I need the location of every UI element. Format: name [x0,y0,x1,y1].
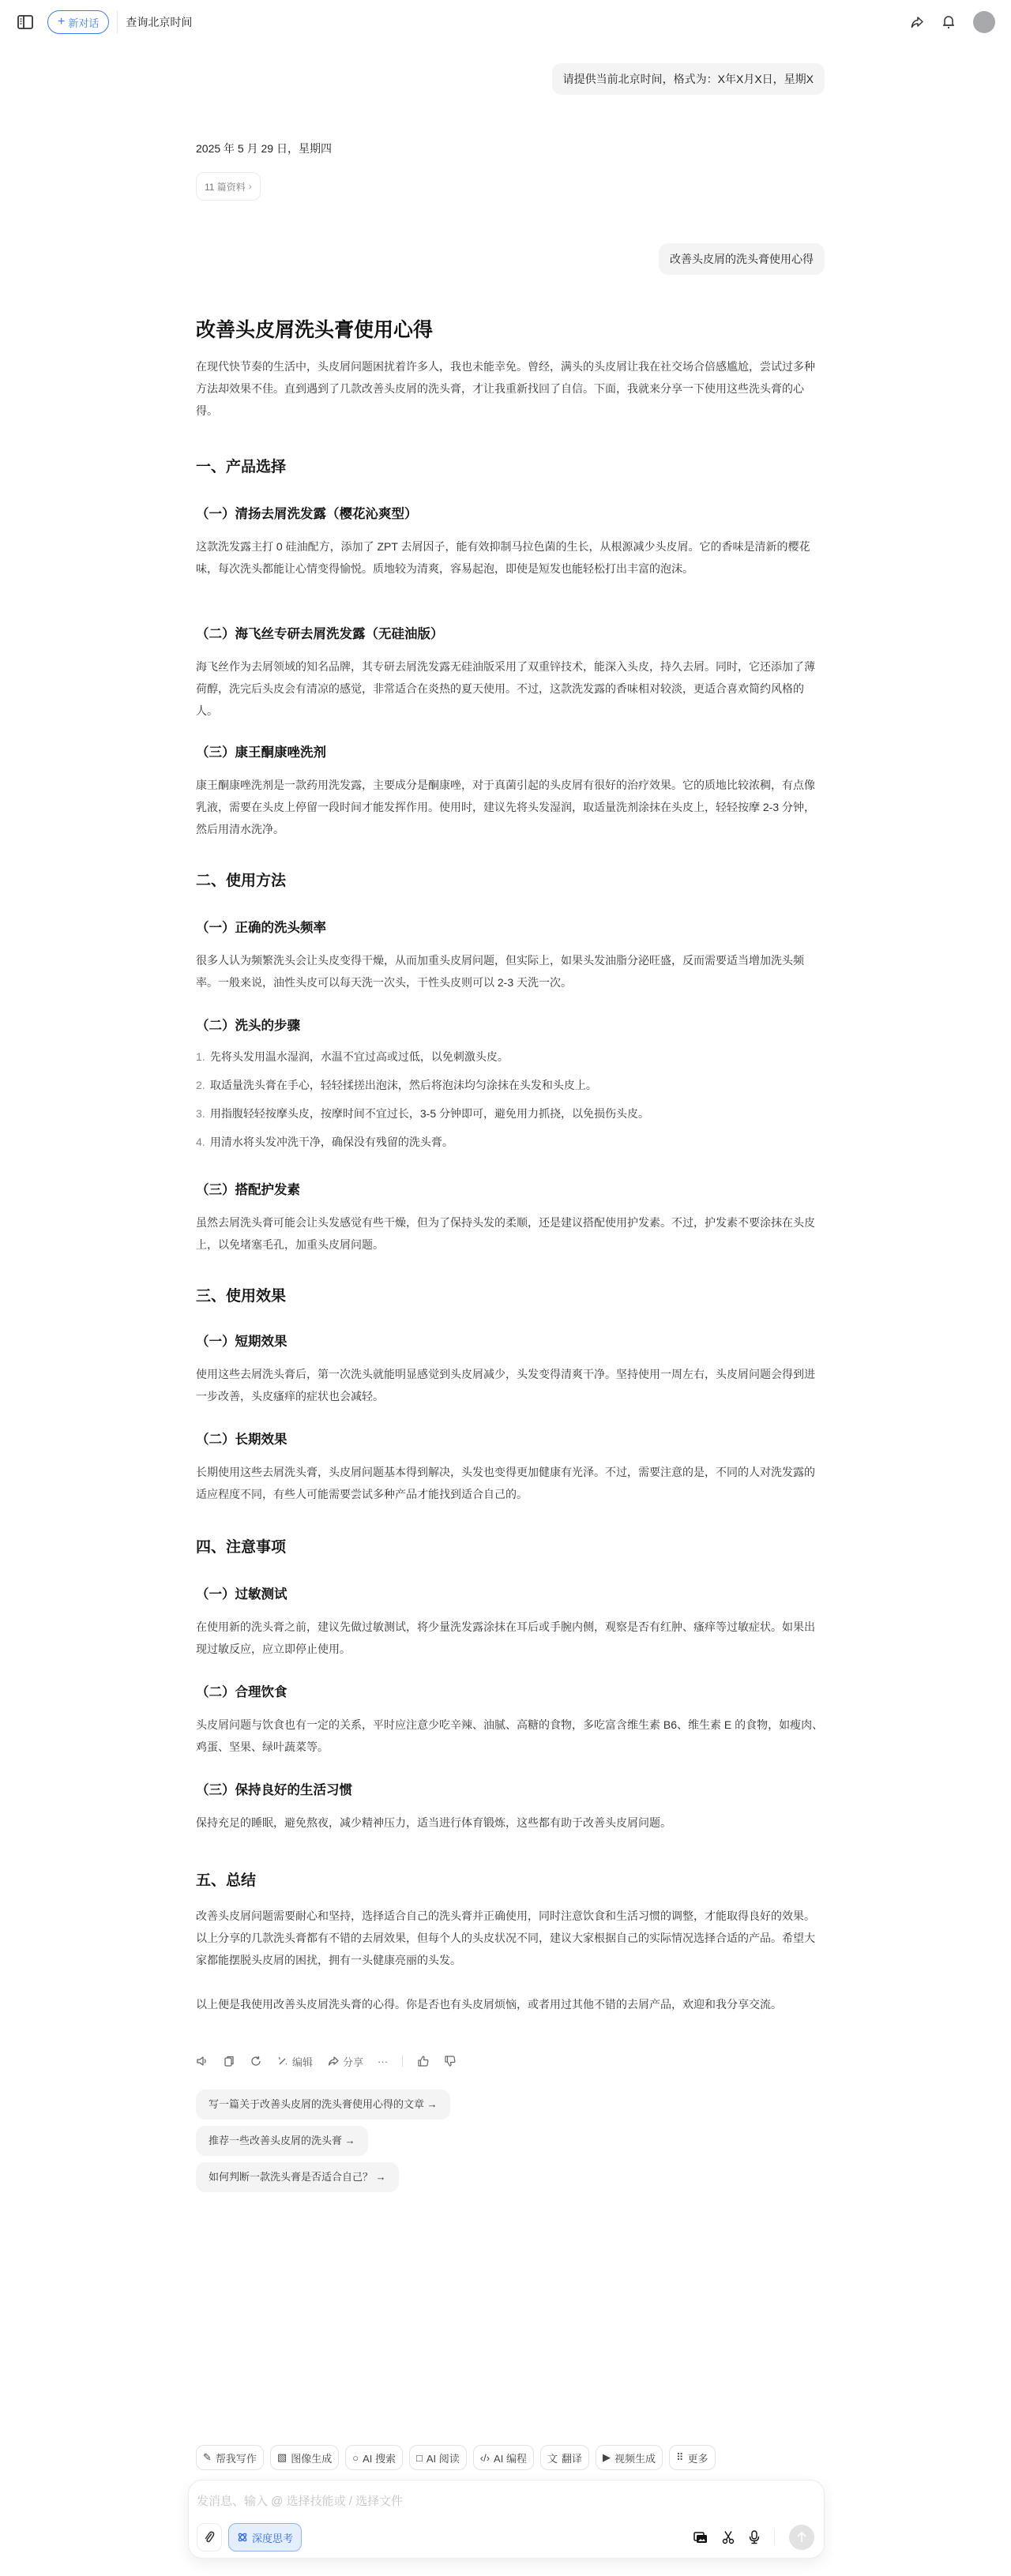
action-divider [402,2056,403,2067]
header-divider [117,11,118,33]
thumbs-up-button[interactable] [417,2055,430,2067]
conversation-title: 查询北京时间 [126,14,192,30]
new-chat-button[interactable]: + 新对话 [47,10,109,34]
section-4-sub-2-title: （二）合理饮食 [196,1682,825,1703]
bell-icon[interactable] [941,14,956,30]
suggestion-chip[interactable]: 如何判断一款洗头膏是否适合自己？ → [196,2162,399,2192]
section-4-sub-3-title: （三）保持良好的生活习惯 [196,1780,825,1801]
section-1-sub-1-title: （一）清扬去屑洗发露（樱花沁爽型） [196,504,825,524]
section-1-title: 一、产品选择 [196,456,825,479]
ai-search-icon: ○ [352,2452,359,2464]
copy-icon [223,2055,235,2067]
thumbs-up-icon [417,2055,430,2067]
share-label: 分享 [343,2054,363,2069]
speaker-button[interactable] [196,2055,209,2067]
deep-think-toggle[interactable]: 深度思考 [228,2523,302,2552]
user-message-bubble-2: 改善头皮屑的洗头膏使用心得 [659,243,825,275]
section-5-title: 五、总结 [196,1870,825,1892]
skill-ai-read-button[interactable]: □ AI 阅读 [409,2445,467,2470]
steps-list: 1. 先将头发用温水湿润，水温不宜过高或过低，以免刺激头皮。 2. 取适量洗头膏… [196,1046,825,1159]
section-1-sub-3-title: （三）康王酮康唑洗剂 [196,742,825,763]
skill-ai-search-button[interactable]: ○ AI 搜索 [345,2445,403,2470]
skill-shortcuts: ✎ 帮我写作 ▧ 图像生成 ○ AI 搜索 □ AI 阅读 ‹/› AI 编程 … [196,2445,716,2470]
video-gen-icon: ▶ [603,2451,611,2464]
plus-icon: + [58,16,65,28]
sidebar-toggle-icon[interactable] [16,13,35,32]
suggestion-chip[interactable]: 写一篇关于改善头皮屑的洗头膏使用心得的文章 → [196,2090,450,2120]
header-actions [910,11,995,33]
message-input[interactable] [197,2490,750,2512]
section-3-title: 三、使用效果 [196,1286,825,1308]
section-5-text-1: 改善头皮屑问题需要耐心和坚持，选择适合自己的洗头膏并正确使用，同时注意饮食和生活… [196,1905,825,1971]
section-4-sub-1-text: 在使用新的洗头膏之前，建议先做过敏测试，将少量洗发露涂抹在耳后或手腕内侧，观察是… [196,1616,825,1660]
composer-tools [693,2525,814,2550]
pen-sparkle-icon: ✎ [203,2451,212,2464]
translate-icon: 文 [547,2450,558,2465]
section-2-title: 二、使用方法 [196,870,825,892]
suggestion-chip[interactable]: 推荐一些改善头皮屑的洗头膏 → [196,2126,368,2156]
assistant-article: 改善头皮屑洗头膏使用心得 在现代快节奏的生活中，头皮屑问题困扰着许多人，我也未能… [196,316,825,2037]
message-action-bar: 编辑 分享 ··· [196,2052,825,2071]
step-item: 3. 用指腹轻轻按摩头皮，按摩时间不宜过长，3-5 分钟即可，避免用力抓挠，以免… [196,1102,825,1125]
edit-button[interactable]: 编辑 [276,2054,313,2069]
more-dots-icon: ··· [378,2056,388,2067]
answer-date-text: 2025 年 5 月 29 日，星期四 [196,141,825,156]
sources-label: 11 篇资料 [205,180,246,193]
ai-read-icon: □ [416,2452,423,2464]
skill-video-gen-button[interactable]: ▶ 视频生成 [596,2445,663,2470]
section-4-title: 四、注意事项 [196,1537,825,1559]
arrow-up-icon [796,2531,807,2544]
message-composer: 深度思考 [188,2480,825,2559]
section-3-sub-1-text: 使用这些去屑洗头膏后，第一次洗头就能明显感觉到头皮屑减少，头发变得清爽干净。坚持… [196,1363,825,1407]
attach-button[interactable] [197,2523,222,2552]
scissors-icon [722,2530,735,2544]
share-answer-button[interactable]: 分享 [327,2054,363,2069]
more-button[interactable]: ··· [378,2056,388,2067]
section-2-sub-1-title: （一）正确的洗头频率 [196,918,825,938]
section-4-sub-3-text: 保持充足的睡眠，避免熬夜，减少精神压力，适当进行体育锻炼，这些都有助于改善头皮屑… [196,1812,825,1834]
article-title: 改善头皮屑洗头膏使用心得 [196,316,825,344]
microphone-icon [749,2530,760,2544]
copy-button[interactable] [223,2055,235,2067]
section-2-sub-3-text: 虽然去屑洗头膏可能会让头发感觉有些干燥，但为了保持头发的柔顺，还是建议搭配使用护… [196,1211,825,1256]
screenshot-button[interactable] [722,2530,735,2544]
section-1-sub-2-text: 海飞丝作为去屑领域的知名品牌，其专研去屑洗发露无硅油版采用了双重锌技术，能深入头… [196,655,825,722]
section-4-sub-2-text: 头皮屑问题与饮食也有一定的关系，平时应注意少吃辛辣、油腻、高糖的食物，多吃富含维… [196,1714,825,1758]
code-icon: ‹/› [480,2452,490,2464]
article-intro: 在现代快节奏的生活中，头皮屑问题困扰着许多人，我也未能幸免。曾经，满头的头皮屑让… [196,355,825,422]
section-5-text-2: 以上便是我使用改善头皮屑洗头膏的心得。你是否也有头皮屑烦恼，或者用过其他不错的去… [196,1993,825,2015]
share-icon [327,2055,340,2067]
suggestions-list: 写一篇关于改善头皮屑的洗头膏使用心得的文章 → 推荐一些改善头皮屑的洗头膏 → … [196,2090,825,2200]
section-3-sub-2-text: 长期使用这些去屑洗头膏，头皮屑问题基本得到解决，头发也变得更加健康有光泽。不过，… [196,1461,825,1505]
chevron-right-icon: › [249,181,252,192]
step-item: 1. 先将头发用温水湿润，水温不宜过高或过低，以免刺激头皮。 [196,1046,825,1068]
share-icon[interactable] [910,15,924,29]
send-button[interactable] [789,2525,814,2550]
composer-divider [774,2529,775,2545]
edit-sparkle-icon [276,2055,289,2067]
sources-button[interactable]: 11 篇资料 › [196,172,261,201]
skill-image-gen-button[interactable]: ▧ 图像生成 [270,2445,339,2470]
section-1-sub-1-text: 这款洗发露主打 0 硅油配方，添加了 ZPT 去屑因子，能有效抑制马拉色菌的生长… [196,535,825,580]
section-4-sub-1-title: （一）过敏测试 [196,1584,825,1605]
section-2-sub-1-text: 很多人认为频繁洗头会让头皮变得干燥，从而加重头皮屑问题，但实际上，如果头发油脂分… [196,949,825,993]
section-1-sub-3-text: 康王酮康唑洗剂是一款药用洗发露，主要成分是酮康唑，对于真菌引起的头皮屑有很好的治… [196,774,825,840]
skill-write-button[interactable]: ✎ 帮我写作 [196,2445,264,2470]
regenerate-button[interactable] [250,2055,262,2067]
section-2-sub-2-title: （二）洗头的步骤 [196,1016,825,1036]
refresh-icon [250,2055,262,2067]
skill-more-button[interactable]: ⠿ 更多 [669,2445,716,2470]
paperclip-icon [204,2530,215,2544]
section-3-sub-1-title: （一）短期效果 [196,1331,825,1352]
step-item: 4. 用清水将头发冲洗干净，确保没有残留的洗头膏。 [196,1131,825,1153]
deep-think-label: 深度思考 [252,2530,293,2545]
apps-icon: ⠿ [676,2451,684,2464]
photo-stack-icon [693,2531,708,2544]
section-2-sub-3-title: （三）搭配护发素 [196,1180,825,1200]
thumbs-down-icon [444,2055,457,2067]
user-message-bubble: 请提供当前北京时间，格式为：X年X月X日，星期X [552,63,825,95]
edit-label: 编辑 [292,2054,313,2069]
section-1-sub-2-title: （二）海飞丝专研去屑洗发露（无硅油版） [196,624,825,644]
thumbs-down-button[interactable] [444,2055,457,2067]
section-3-sub-2-title: （二）长期效果 [196,1429,825,1450]
image-upload-button[interactable] [693,2531,708,2544]
atom-icon [237,2532,248,2543]
assistant-answer-1: 2025 年 5 月 29 日，星期四 11 篇资料 › [196,141,825,201]
speaker-icon [196,2055,209,2067]
avatar[interactable] [973,11,995,33]
image-gen-icon: ▧ [277,2451,287,2464]
skill-translate-button[interactable]: 文 翻译 [540,2445,589,2470]
step-item: 2. 取适量洗头膏在手心，轻轻揉搓出泡沫，然后将泡沫均匀涂抹在头发和头皮上。 [196,1074,825,1096]
new-chat-label: 新对话 [68,15,99,30]
top-bar: + 新对话 查询北京时间 [0,0,1011,44]
skill-ai-code-button[interactable]: ‹/› AI 编程 [473,2445,534,2470]
voice-input-button[interactable] [749,2530,760,2544]
